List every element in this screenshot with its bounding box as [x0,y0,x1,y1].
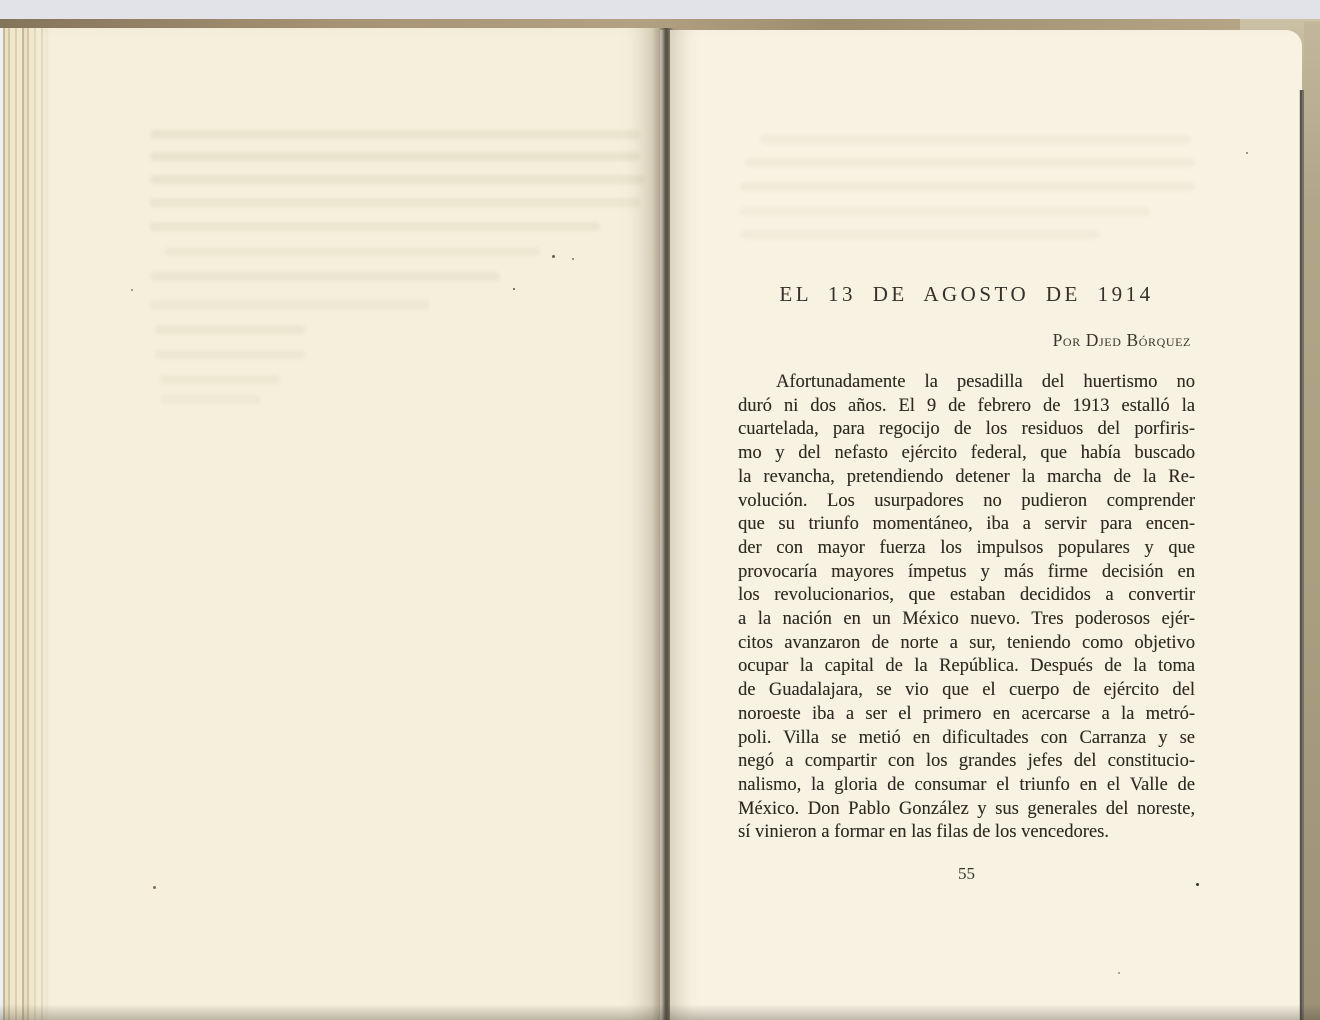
paper-speck [552,255,555,258]
body-line: provocaría mayores ímpetus y más firme d… [738,561,1195,585]
scanner-background-edge [0,28,3,1020]
bleedthrough-line [160,375,280,384]
body-line: ocupar la capital de la República. Despu… [738,655,1195,679]
book-cover-edge [1304,22,1320,1020]
body-line: sí vinieron a formar en las filas de los… [738,821,1195,845]
bleedthrough-line [740,230,1100,239]
bleedthrough-line [155,350,305,359]
bleedthrough-line [150,300,430,309]
bleedthrough-line [740,207,1150,216]
bleedthrough-line [150,198,640,207]
bleedthrough-line [150,222,600,231]
body-text: Afortunadamente la pesadilla del huertis… [738,371,1195,845]
body-line: cuartelada, para regocijo de los residuo… [738,418,1195,442]
chapter-title: EL 13 DE AGOSTO DE 1914 [738,282,1195,307]
bleedthrough-line [740,182,1195,191]
body-line: México. Don Pablo González y sus general… [738,798,1195,822]
paper-speck [513,288,515,290]
body-line: de Guadalajara, se vio que el cuerpo de … [738,679,1195,703]
bleedthrough-line [760,135,1190,144]
bleedthrough-line [150,272,500,281]
right-page: EL 13 DE AGOSTO DE 1914 Por Djed Bórquez… [670,30,1302,1020]
left-page [3,28,660,1020]
body-line: a la nación en un México nuevo. Tres pod… [738,608,1195,632]
bleedthrough-line [160,395,260,404]
body-line: der con mayor fuerza los impulsos popula… [738,537,1195,561]
bleedthrough-line [150,130,640,139]
body-line: poli. Villa se metió en dificultades con… [738,727,1195,751]
bleedthrough-line [165,247,540,256]
bleedthrough-line [150,175,645,184]
paper-speck [572,258,574,260]
bottom-scan-shadow [0,1004,1320,1020]
body-line: que su triunfo momentáneo, iba a servir … [738,513,1195,537]
body-line: volución. Los usurpadores no pudieron co… [738,490,1195,514]
paper-speck [1246,152,1248,154]
paper-speck [131,289,133,291]
page-stack-edges [3,28,51,1020]
bleedthrough-line [150,152,640,161]
bleedthrough-line [745,158,1195,167]
scanned-book-spread: EL 13 DE AGOSTO DE 1914 Por Djed Bórquez… [0,0,1320,1020]
paper-speck [153,886,156,889]
paper-speck [1118,972,1120,974]
body-line: mo y del nefasto ejército federal, que h… [738,442,1195,466]
body-line: los revolucionarios, que estaban decidid… [738,584,1195,608]
bleedthrough-line [155,325,305,334]
body-line: duró ni dos años. El 9 de febrero de 191… [738,395,1195,419]
body-line: la revancha, pretendiendo detener la mar… [738,466,1195,490]
author-byline: Por Djed Bórquez [738,330,1195,351]
paper-speck [1196,883,1199,886]
body-line: negó a compartir con los grandes jefes d… [738,750,1195,774]
body-line: noroeste iba a ser el primero en acercar… [738,703,1195,727]
page-number: 55 [738,864,1195,884]
body-line: nalismo, la gloria de consumar el triunf… [738,774,1195,798]
body-line: Afortunadamente la pesadilla del huertis… [738,371,1195,395]
body-line: citos avanzaron de norte a sur, teniendo… [738,632,1195,656]
